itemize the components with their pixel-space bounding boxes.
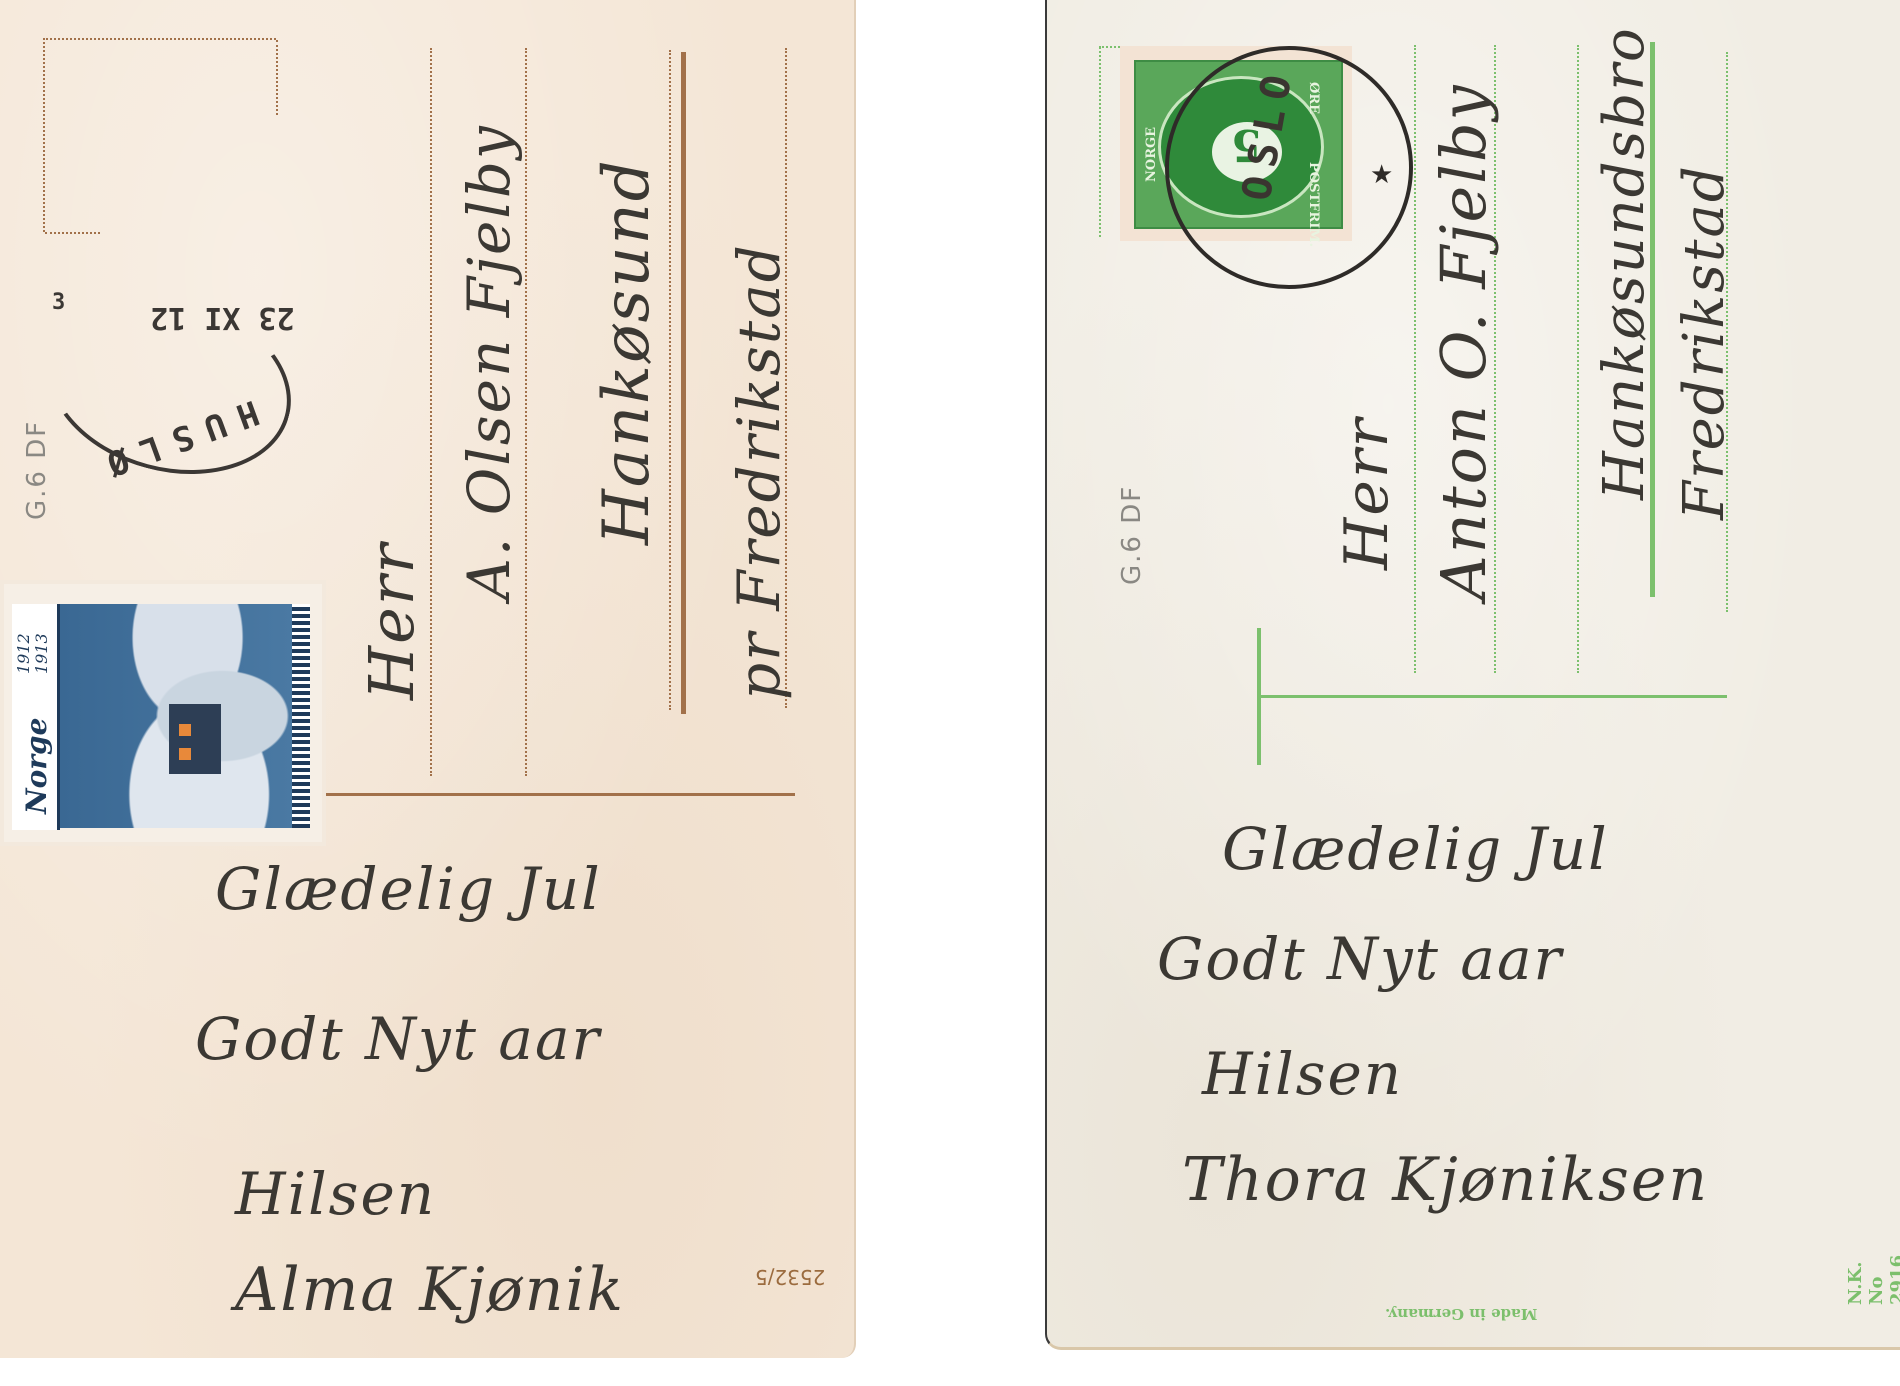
address-region: Fredrikstad xyxy=(1672,164,1737,520)
message-line-2: Godt Nyt aar xyxy=(1157,925,1563,993)
origin-note: Made in Germany. xyxy=(1385,1305,1537,1323)
postcard-left: Herr A. Olsen Fjelby Hankøsund pr Fredri… xyxy=(0,0,856,1358)
address-line xyxy=(1414,45,1416,673)
print-code: 2532/5 xyxy=(755,1265,825,1289)
stamp-country: NORGE xyxy=(1144,127,1159,182)
postmark-date: 23 XI 12 xyxy=(150,300,295,335)
seal-year-1: 1912 xyxy=(14,633,33,674)
address-salutation: Herr xyxy=(1332,417,1402,570)
seal-ornament-border xyxy=(292,604,310,828)
pencil-note: G.6 DF xyxy=(1117,485,1147,585)
message-line-3: Hilsen xyxy=(1202,1040,1403,1108)
message-divider-bar xyxy=(1257,628,1261,765)
address-place: Hankøsund xyxy=(590,158,664,545)
address-name: A. Olsen Fjelby xyxy=(455,124,523,600)
address-line xyxy=(430,48,432,776)
message-signature: Alma Kjønik xyxy=(235,1255,625,1325)
pencil-note: G.6 DF xyxy=(22,420,52,520)
address-place: Hankøsundsbro xyxy=(1592,26,1657,500)
address-line xyxy=(525,48,527,776)
seal-country: Norge xyxy=(20,718,53,814)
message-line-1: Glædelig Jul xyxy=(1222,815,1609,883)
message-divider-line xyxy=(323,793,795,796)
star-icon: ★ xyxy=(1370,160,1393,190)
message-line-3: Hilsen xyxy=(235,1160,436,1228)
message-divider-line xyxy=(1259,695,1727,698)
seal-year-2: 1913 xyxy=(32,633,51,674)
stamp-frame-line xyxy=(1099,47,1101,237)
address-divider-bar xyxy=(681,52,686,714)
postmark-code: 3 xyxy=(52,290,65,315)
seal-cabin-icon xyxy=(169,704,221,774)
address-line xyxy=(1577,45,1579,673)
stamp-placement-box xyxy=(43,38,276,232)
address-name: Anton O. Fjelby xyxy=(1427,83,1500,600)
address-line xyxy=(669,50,671,710)
message-line-1: Glædelig Jul xyxy=(215,855,602,923)
christmas-seal: Norge 1912 1913 xyxy=(4,584,322,842)
address-region: pr Fredrikstad xyxy=(725,243,793,700)
publisher-code: N.K. No 2916. xyxy=(1845,1249,1900,1305)
address-salutation: Herr xyxy=(355,542,428,700)
message-signature: Thora Kjøniksen xyxy=(1182,1145,1709,1215)
message-line-2: Godt Nyt aar xyxy=(195,1005,601,1073)
